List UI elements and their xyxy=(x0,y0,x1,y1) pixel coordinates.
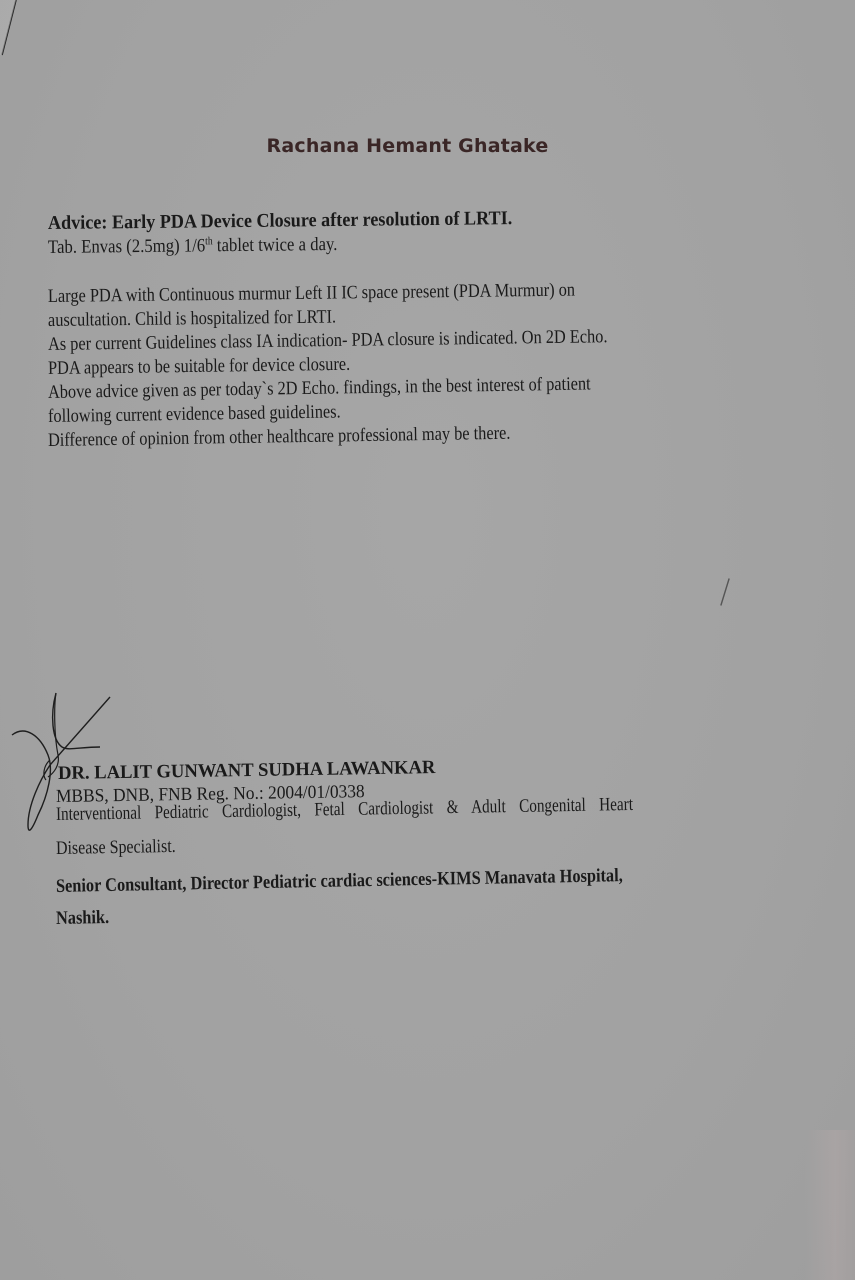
paper-smudge xyxy=(805,1130,855,1280)
pen-mark xyxy=(715,575,735,610)
medical-advice-document: Rachana Hemant Ghatake Advice: Early PDA… xyxy=(0,0,855,1280)
paper-edge-mark xyxy=(0,0,20,60)
medication-text: Tab. Envas (2.5mg) 1/6 xyxy=(48,235,205,258)
doctor-position: Senior Consultant, Director Pediatric ca… xyxy=(56,865,623,898)
findings-line: Difference of opinion from other healthc… xyxy=(48,423,511,452)
findings-line: following current evidence based guideli… xyxy=(48,401,341,428)
doctor-location: Nashik. xyxy=(56,907,110,930)
findings-line: PDA appears to be suitable for device cl… xyxy=(48,354,350,380)
doctor-specialty-line: Disease Specialist. xyxy=(56,836,176,860)
findings-line: Large PDA with Continuous murmur Left II… xyxy=(48,280,575,308)
doctor-name: DR. LALIT GUNWANT SUDHA LAWANKAR xyxy=(58,757,436,785)
advice-title: Advice: Early PDA Device Closure after r… xyxy=(48,208,512,235)
medication-suffix: tablet twice a day. xyxy=(213,234,338,256)
patient-name: Rachana Hemant Ghatake xyxy=(0,135,815,157)
medication-instruction: Tab. Envas (2.5mg) 1/6th tablet twice a … xyxy=(48,234,338,259)
findings-line: auscultation. Child is hospitalized for … xyxy=(48,306,336,332)
